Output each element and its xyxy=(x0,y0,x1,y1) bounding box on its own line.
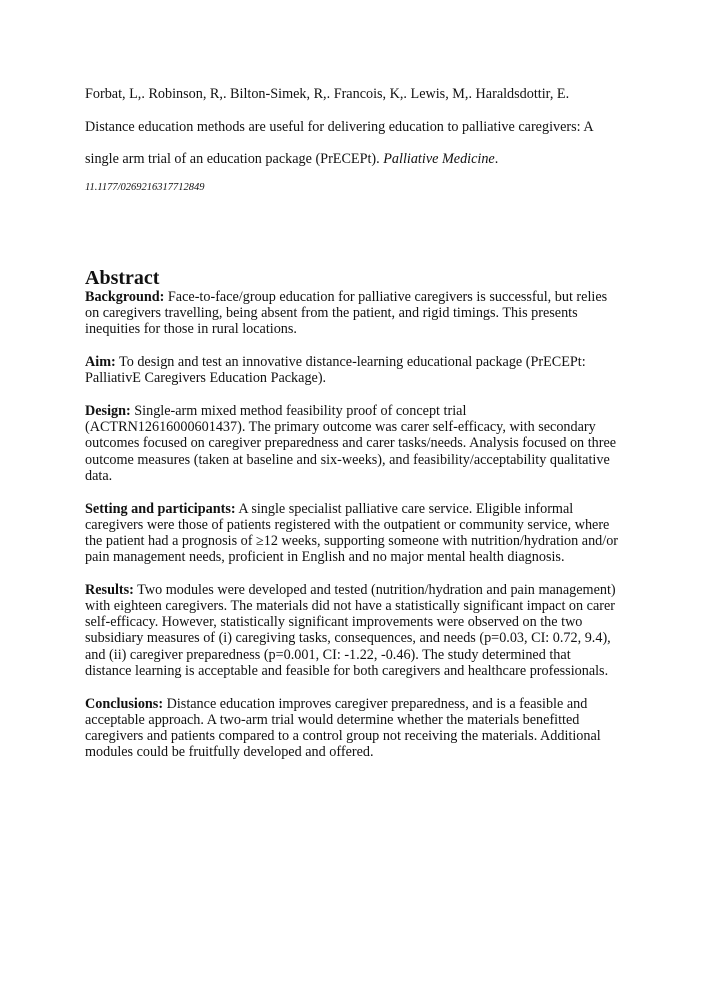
abstract-line: Results: Two modules were developed and … xyxy=(85,582,685,598)
section-label: Results: xyxy=(85,582,134,598)
abstract-design: Design: Single-arm mixed method feasibil… xyxy=(85,403,685,484)
abstract-line: modules could be fruitfully developed an… xyxy=(85,744,685,760)
section-text: and (ii) caregiver preparedness (p=0.001… xyxy=(85,647,571,663)
section-text: pain management needs, proficient in Eng… xyxy=(85,549,565,565)
abstract-line: pain management needs, proficient in Eng… xyxy=(85,549,685,565)
section-text: data. xyxy=(85,468,112,484)
abstract-line: caregivers and patients compared to a co… xyxy=(85,728,685,744)
section-label: Aim: xyxy=(85,354,116,370)
abstract-line: and (ii) caregiver preparedness (p=0.001… xyxy=(85,647,685,663)
section-text: with eighteen caregivers. The materials … xyxy=(85,598,615,614)
citation-doi: 11.1177/0269216317712849 xyxy=(85,182,204,193)
abstract-line: PalliativE Caregivers Education Package)… xyxy=(85,370,685,386)
citation-title-line-1: Distance education methods are useful fo… xyxy=(85,118,685,151)
section-text: A single specialist palliative care serv… xyxy=(236,501,574,517)
section-text: outcome measures (taken at baseline and … xyxy=(85,452,610,468)
abstract-line: on caregivers travelling, being absent f… xyxy=(85,305,685,321)
section-text: on caregivers travelling, being absent f… xyxy=(85,305,578,321)
section-text: inequities for those in rural locations. xyxy=(85,321,297,337)
citation-block: Forbat, L,. Robinson, R,. Bilton-Simek, … xyxy=(85,85,685,183)
abstract-line: Setting and participants: A single speci… xyxy=(85,501,685,517)
section-text: Single-arm mixed method feasibility proo… xyxy=(131,403,467,419)
section-text: PalliativE Caregivers Education Package)… xyxy=(85,370,326,386)
section-label: Design: xyxy=(85,403,131,419)
citation-journal-suffix: . xyxy=(495,151,499,167)
abstract-line: Design: Single-arm mixed method feasibil… xyxy=(85,403,685,419)
abstract-line: the patient had a prognosis of ≥12 weeks… xyxy=(85,533,685,549)
abstract-line: distance learning is acceptable and feas… xyxy=(85,663,685,679)
abstract-background: Background: Face-to-face/group education… xyxy=(85,289,685,338)
abstract-heading: Abstract xyxy=(85,268,685,289)
abstract-line: inequities for those in rural locations. xyxy=(85,321,685,337)
abstract-line: Conclusions: Distance education improves… xyxy=(85,696,685,712)
section-text: To design and test an innovative distanc… xyxy=(116,354,586,370)
abstract-line: outcome measures (taken at baseline and … xyxy=(85,452,685,468)
section-text: (ACTRN12616000601437). The primary outco… xyxy=(85,419,596,435)
section-text: acceptable approach. A two-arm trial wou… xyxy=(85,712,579,728)
document-page: Forbat, L,. Robinson, R,. Bilton-Simek, … xyxy=(0,0,707,1000)
citation-journal: Palliative Medicine xyxy=(383,151,494,167)
abstract-line: self-efficacy. However, statistically si… xyxy=(85,614,685,630)
section-text: subsidiary measures of (i) caregiving ta… xyxy=(85,630,611,646)
abstract-line: caregivers were those of patients regist… xyxy=(85,517,685,533)
abstract-section: Abstract Background: Face-to-face/group … xyxy=(85,268,685,777)
abstract-setting-and-participants: Setting and participants: A single speci… xyxy=(85,501,685,566)
abstract-line: data. xyxy=(85,468,685,484)
section-text: modules could be fruitfully developed an… xyxy=(85,744,374,760)
section-text: caregivers were those of patients regist… xyxy=(85,517,609,533)
abstract-line: with eighteen caregivers. The materials … xyxy=(85,598,685,614)
section-text: Face-to-face/group education for palliat… xyxy=(164,289,607,305)
section-text: distance learning is acceptable and feas… xyxy=(85,663,608,679)
abstract-line: (ACTRN12616000601437). The primary outco… xyxy=(85,419,685,435)
section-label: Background: xyxy=(85,289,164,305)
abstract-line: subsidiary measures of (i) caregiving ta… xyxy=(85,630,685,646)
section-text: caregivers and patients compared to a co… xyxy=(85,728,601,744)
section-text: the patient had a prognosis of ≥12 weeks… xyxy=(85,533,618,549)
citation-title-tail: single arm trial of an education package… xyxy=(85,151,383,167)
section-text: Two modules were developed and tested (n… xyxy=(134,582,616,598)
section-label: Conclusions: xyxy=(85,696,163,712)
abstract-line: acceptable approach. A two-arm trial wou… xyxy=(85,712,685,728)
abstract-aim: Aim: To design and test an innovative di… xyxy=(85,354,685,386)
section-text: Distance education improves caregiver pr… xyxy=(163,696,587,712)
abstract-conclusions: Conclusions: Distance education improves… xyxy=(85,696,685,761)
abstract-line: Aim: To design and test an innovative di… xyxy=(85,354,685,370)
abstract-sections: Background: Face-to-face/group education… xyxy=(85,289,685,760)
section-text: outcomes focused on caregiver preparedne… xyxy=(85,435,616,451)
citation-authors: Forbat, L,. Robinson, R,. Bilton-Simek, … xyxy=(85,85,685,118)
section-label: Setting and participants: xyxy=(85,501,236,517)
abstract-line: Background: Face-to-face/group education… xyxy=(85,289,685,305)
abstract-results: Results: Two modules were developed and … xyxy=(85,582,685,679)
section-text: self-efficacy. However, statistically si… xyxy=(85,614,582,630)
citation-title-line-2: single arm trial of an education package… xyxy=(85,150,685,183)
abstract-line: outcomes focused on caregiver preparedne… xyxy=(85,435,685,451)
